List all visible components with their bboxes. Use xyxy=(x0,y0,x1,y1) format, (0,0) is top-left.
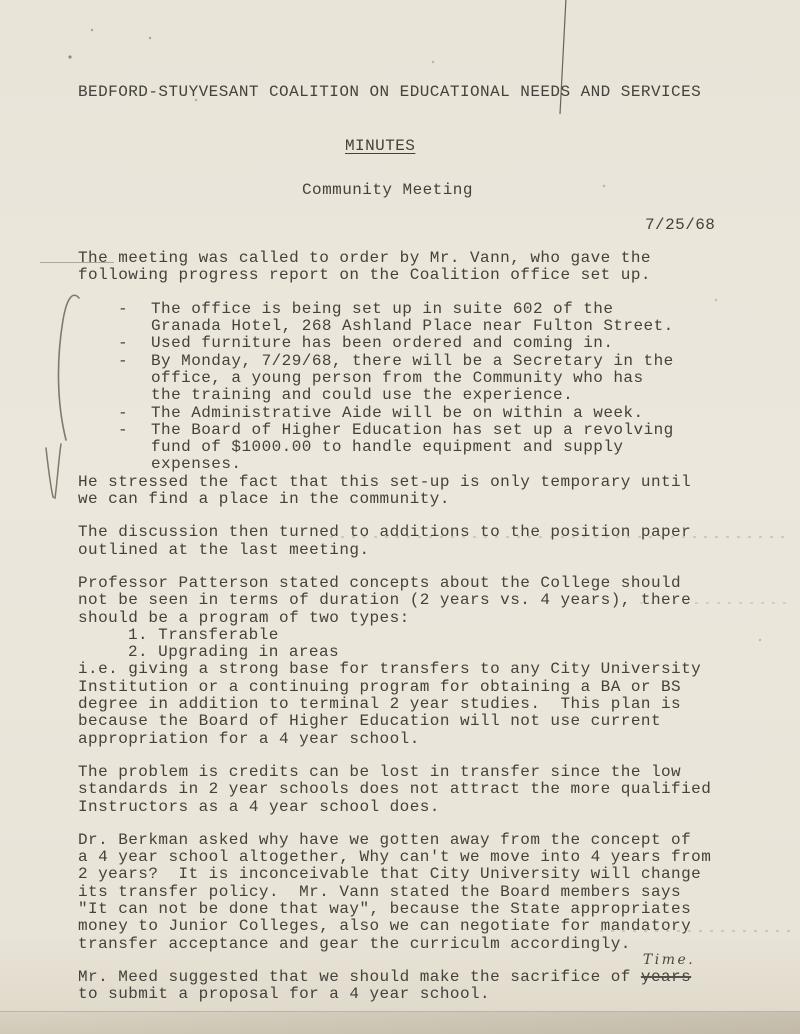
paper-bottom-edge-shadow xyxy=(0,1012,800,1034)
list-item-text: The Board of Higher Education has set up… xyxy=(151,422,674,474)
program-type-item: 1. Transferable xyxy=(78,627,750,644)
bullet-dash: - xyxy=(118,353,151,405)
meed-text-before: Mr. Meed suggested that we should make t… xyxy=(78,968,641,986)
bullet-dash: - xyxy=(118,301,151,336)
list-item: - The Board of Higher Education has set … xyxy=(78,422,750,474)
bullet-dash: - xyxy=(118,405,151,422)
bullet-dash: - xyxy=(118,335,151,352)
patterson-intro-paragraph: Professor Patterson stated concepts abou… xyxy=(78,575,750,627)
bullet-dash: - xyxy=(118,422,151,474)
intro-paragraph: The meeting was called to order by Mr. V… xyxy=(78,250,750,285)
list-item: - The office is being set up in suite 60… xyxy=(78,301,750,336)
paper-fold-line xyxy=(0,1011,800,1012)
document-page: BEDFORD-STUYVESANT COALITION ON EDUCATIO… xyxy=(0,0,800,1034)
handwritten-correction: Time. xyxy=(643,952,695,969)
discussion-paragraph: The discussion then turned to additions … xyxy=(78,524,750,559)
list-item-text: By Monday, 7/29/68, there will be a Secr… xyxy=(151,353,674,405)
meeting-type-subheading: Community Meeting xyxy=(302,182,750,199)
list-item: - The Administrative Aide will be on wit… xyxy=(78,405,750,422)
document-date: 7/25/68 xyxy=(645,217,750,234)
handwritten-check-mark xyxy=(38,440,68,502)
meed-paragraph: Mr. Meed suggested that we should make t… xyxy=(78,969,750,1004)
list-item: - Used furniture has been ordered and co… xyxy=(78,335,750,352)
organization-title: BEDFORD-STUYVESANT COALITION ON EDUCATIO… xyxy=(78,84,750,101)
problem-paragraph: The problem is credits can be lost in tr… xyxy=(78,764,750,816)
list-item-text: The Administrative Aide will be on withi… xyxy=(151,405,644,422)
list-item: - By Monday, 7/29/68, there will be a Se… xyxy=(78,353,750,405)
berkman-paragraph: Dr. Berkman asked why have we gotten awa… xyxy=(78,832,750,953)
doc-type-heading: MINUTES xyxy=(345,138,415,155)
meed-text-after: to submit a proposal for a 4 year school… xyxy=(78,986,750,1003)
struck-out-word: yearsTime. xyxy=(641,968,691,986)
after-bullets-paragraph: He stressed the fact that this set-up is… xyxy=(78,474,750,509)
program-type-item: 2. Upgrading in areas xyxy=(78,644,750,661)
progress-report-list: - The office is being set up in suite 60… xyxy=(78,301,750,474)
list-item-text: Used furniture has been ordered and comi… xyxy=(151,335,613,352)
document-content: BEDFORD-STUYVESANT COALITION ON EDUCATIO… xyxy=(78,84,750,1003)
list-item-text: The office is being set up in suite 602 … xyxy=(151,301,674,336)
patterson-continued-paragraph: i.e. giving a strong base for transfers … xyxy=(78,661,750,747)
